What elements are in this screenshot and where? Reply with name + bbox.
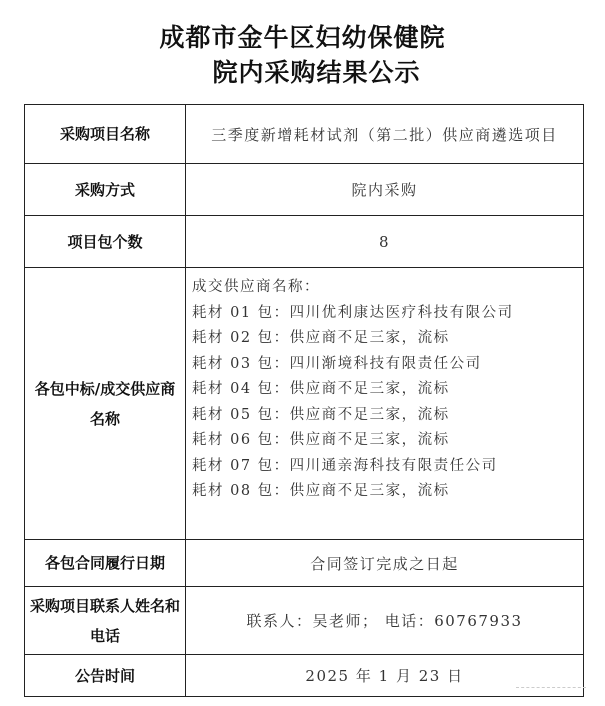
list-item: 耗材 07 包：四川通亲海科技有限责任公司 [192, 454, 583, 480]
row-value: 三季度新增耗材试剂（第二批）供应商遴选项目 [186, 105, 584, 164]
document-subtitle: 院内采购结果公示 [14, 53, 605, 89]
list-item: 耗材 01 包：四川优利康达医疗科技有限公司 [192, 301, 583, 327]
watermark-mark [516, 687, 586, 691]
list-item: 耗材 05 包：供应商不足三家，流标 [192, 403, 583, 429]
table-row-method: 采购方式 院内采购 [25, 164, 584, 216]
row-label: 项目包个数 [25, 216, 186, 268]
table-row-package-count: 项目包个数 8 [25, 216, 584, 268]
result-table: 采购项目名称 三季度新增耗材试剂（第二批）供应商遴选项目 采购方式 院内采购 项… [24, 104, 584, 697]
list-item: 耗材 04 包：供应商不足三家，流标 [192, 377, 583, 403]
row-value: 联系人：吴老师； 电话：60767933 [186, 587, 584, 655]
document-title: 成都市金牛区妇幼保健院 [0, 18, 605, 54]
row-label: 公告时间 [25, 655, 186, 697]
row-label: 采购方式 [25, 164, 186, 216]
list-item: 耗材 02 包：供应商不足三家，流标 [192, 326, 583, 352]
list-item: 耗材 03 包：四川渐境科技有限责任公司 [192, 352, 583, 378]
row-label: 各包合同履行日期 [25, 540, 186, 587]
list-item: 耗材 08 包：供应商不足三家，流标 [192, 479, 583, 505]
row-label: 各包中标/成交供应商名称 [25, 268, 186, 540]
table-row-announce-time: 公告时间 2025 年 1 月 23 日 [25, 655, 584, 697]
row-value: 院内采购 [186, 164, 584, 216]
winners-list: 成交供应商名称： 耗材 01 包：四川优利康达医疗科技有限公司 耗材 02 包：… [186, 268, 584, 540]
row-label: 采购项目名称 [25, 105, 186, 164]
list-item: 耗材 06 包：供应商不足三家，流标 [192, 428, 583, 454]
row-value: 合同签订完成之日起 [186, 540, 584, 587]
list-intro: 成交供应商名称： [192, 275, 583, 301]
row-value: 8 [186, 216, 584, 268]
table-row-winners: 各包中标/成交供应商名称 成交供应商名称： 耗材 01 包：四川优利康达医疗科技… [25, 268, 584, 540]
row-label: 采购项目联系人姓名和电话 [25, 587, 186, 655]
table-row-project-name: 采购项目名称 三季度新增耗材试剂（第二批）供应商遴选项目 [25, 105, 584, 164]
table-row-contact: 采购项目联系人姓名和电话 联系人：吴老师； 电话：60767933 [25, 587, 584, 655]
table-row-contract-period: 各包合同履行日期 合同签订完成之日起 [25, 540, 584, 587]
